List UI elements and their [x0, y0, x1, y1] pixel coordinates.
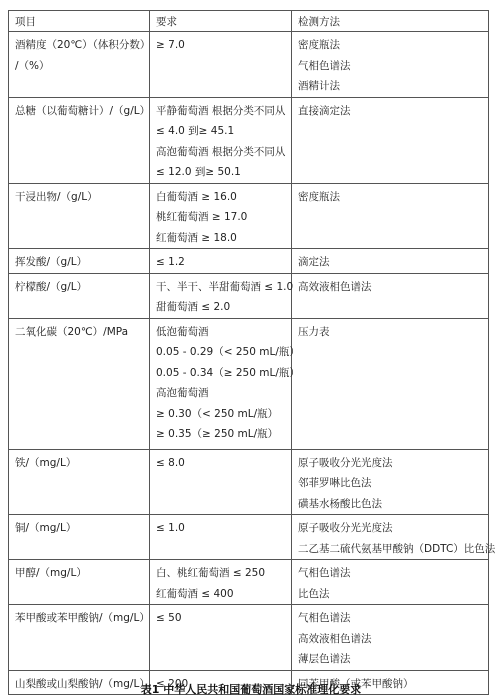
cell-requirement-line: 红葡萄酒 ≤ 400: [156, 584, 285, 605]
cell-requirement-line: 白、桃红葡萄酒 ≤ 250: [156, 563, 285, 584]
header-method: 检测方法: [292, 11, 489, 32]
cell-requirement-line: ≥ 0.30（< 250 mL/瓶）: [156, 404, 285, 425]
cell-method: 滴定法: [292, 249, 489, 274]
cell-requirement-line: ≥ 7.0: [156, 35, 285, 56]
cell-method-line: 原子吸收分光光度法: [298, 453, 482, 474]
table-row: 挥发酸/（g/L）≤ 1.2滴定法: [9, 249, 489, 274]
cell-item: 二氧化碳（20℃）/MPa: [9, 318, 150, 449]
table-row: 干浸出物/（g/L）白葡萄酒 ≥ 16.0桃红葡萄酒 ≥ 17.0红葡萄酒 ≥ …: [9, 183, 489, 249]
cell-method: 气相色谱法高效液相色谱法薄层色谱法: [292, 605, 489, 671]
cell-item-line: 铜/（mg/L）: [15, 518, 143, 539]
cell-requirement-line: ≥ 0.35（≥ 250 mL/瓶）: [156, 424, 285, 445]
cell-item: 酒精度（20℃）（体积分数）/（%）: [9, 32, 150, 98]
cell-item: 柠檬酸/（g/L）: [9, 273, 150, 318]
cell-item: 铁/（mg/L）: [9, 449, 150, 515]
table-row: 总糖（以葡萄糖计）/（g/L）平静葡萄酒 根据分类不同从≤ 4.0 到≥ 45.…: [9, 97, 489, 183]
cell-item-line: 总糖（以葡萄糖计）/（g/L）: [15, 101, 143, 122]
cell-method: 原子吸收分光光度法二乙基二硫代氨基甲酸钠（DDTC）比色法: [292, 515, 489, 560]
cell-requirement-line: ≤ 1.0: [156, 518, 285, 539]
cell-requirement: 白、桃红葡萄酒 ≤ 250红葡萄酒 ≤ 400: [150, 560, 292, 605]
cell-method: 密度瓶法: [292, 183, 489, 249]
cell-requirement-line: 0.05 - 0.34（≥ 250 mL/瓶）: [156, 363, 285, 384]
cell-item: 铜/（mg/L）: [9, 515, 150, 560]
cell-requirement: 干、半干、半甜葡萄酒 ≤ 1.0甜葡萄酒 ≤ 2.0: [150, 273, 292, 318]
cell-method-line: 高效液相色谱法: [298, 277, 482, 298]
cell-method-line: 原子吸收分光光度法: [298, 518, 482, 539]
cell-requirement-line: ≤ 8.0: [156, 453, 285, 474]
cell-method-line: 酒精计法: [298, 76, 482, 97]
table-row: 铁/（mg/L）≤ 8.0原子吸收分光光度法邻菲罗啉比色法磺基水杨酸比色法: [9, 449, 489, 515]
cell-item-line: 甲醇/（mg/L）: [15, 563, 143, 584]
cell-item: 干浸出物/（g/L）: [9, 183, 150, 249]
cell-item-line: 柠檬酸/（g/L）: [15, 277, 143, 298]
cell-method-line: 压力表: [298, 322, 482, 343]
cell-requirement-line: ≤ 1.2: [156, 252, 285, 273]
cell-item: 挥发酸/（g/L）: [9, 249, 150, 274]
cell-requirement-line: ≤ 12.0 到≥ 50.1: [156, 162, 285, 183]
cell-method-line: 高效液相色谱法: [298, 629, 482, 650]
cell-requirement: ≤ 8.0: [150, 449, 292, 515]
table-header-row: 项目 要求 检测方法: [9, 11, 489, 32]
cell-item: 甲醇/（mg/L）: [9, 560, 150, 605]
table-body: 酒精度（20℃）（体积分数）/（%）≥ 7.0密度瓶法气相色谱法酒精计法总糖（以…: [9, 32, 489, 695]
cell-method-line: 气相色谱法: [298, 56, 482, 77]
cell-method: 压力表: [292, 318, 489, 449]
table-row: 二氧化碳（20℃）/MPa低泡葡萄酒0.05 - 0.29（< 250 mL/瓶…: [9, 318, 489, 449]
cell-requirement-line: 红葡萄酒 ≥ 18.0: [156, 228, 285, 249]
cell-method: 直接滴定法: [292, 97, 489, 183]
cell-method-line: 气相色谱法: [298, 563, 482, 584]
cell-item-line: /（%）: [15, 56, 143, 77]
cell-requirement-line: 平静葡萄酒 根据分类不同从: [156, 101, 285, 122]
cell-method-line: 密度瓶法: [298, 187, 482, 208]
cell-requirement-line: 0.05 - 0.29（< 250 mL/瓶）: [156, 342, 285, 363]
table-caption: 表1 中华人民共和国葡萄酒国家标准理化要求: [0, 681, 502, 697]
cell-requirement-line: 高泡葡萄酒: [156, 383, 285, 404]
cell-requirement-line: ≤ 4.0 到≥ 45.1: [156, 121, 285, 142]
cell-requirement-line: ≤ 50: [156, 608, 285, 629]
header-requirement: 要求: [150, 11, 292, 32]
cell-item-line: 酒精度（20℃）（体积分数）: [15, 35, 143, 56]
cell-requirement-line: 干、半干、半甜葡萄酒 ≤ 1.0: [156, 277, 285, 298]
cell-method-line: 密度瓶法: [298, 35, 482, 56]
cell-method-line: 气相色谱法: [298, 608, 482, 629]
cell-requirement-line: 桃红葡萄酒 ≥ 17.0: [156, 207, 285, 228]
cell-method-line: 比色法: [298, 584, 482, 605]
cell-requirement-line: 高泡葡萄酒 根据分类不同从: [156, 142, 285, 163]
cell-method-line: 直接滴定法: [298, 101, 482, 122]
cell-method: 密度瓶法气相色谱法酒精计法: [292, 32, 489, 98]
cell-method: 高效液相色谱法: [292, 273, 489, 318]
table-row: 酒精度（20℃）（体积分数）/（%）≥ 7.0密度瓶法气相色谱法酒精计法: [9, 32, 489, 98]
cell-requirement: ≤ 50: [150, 605, 292, 671]
cell-item-line: 干浸出物/（g/L）: [15, 187, 143, 208]
table-row: 铜/（mg/L）≤ 1.0原子吸收分光光度法二乙基二硫代氨基甲酸钠（DDTC）比…: [9, 515, 489, 560]
cell-method-line: 滴定法: [298, 252, 482, 273]
cell-item-line: 铁/（mg/L）: [15, 453, 143, 474]
cell-requirement: ≥ 7.0: [150, 32, 292, 98]
cell-item: 苯甲酸或苯甲酸钠/（mg/L）: [9, 605, 150, 671]
cell-requirement-line: 白葡萄酒 ≥ 16.0: [156, 187, 285, 208]
cell-item-line: 挥发酸/（g/L）: [15, 252, 143, 273]
cell-requirement: 平静葡萄酒 根据分类不同从≤ 4.0 到≥ 45.1高泡葡萄酒 根据分类不同从≤…: [150, 97, 292, 183]
cell-item-line: 苯甲酸或苯甲酸钠/（mg/L）: [15, 608, 143, 629]
cell-method: 气相色谱法比色法: [292, 560, 489, 605]
cell-item-line: 二氧化碳（20℃）/MPa: [15, 322, 143, 343]
cell-requirement-line: 低泡葡萄酒: [156, 322, 285, 343]
cell-method-line: 薄层色谱法: [298, 649, 482, 670]
cell-method: 原子吸收分光光度法邻菲罗啉比色法磺基水杨酸比色法: [292, 449, 489, 515]
table-row: 柠檬酸/（g/L）干、半干、半甜葡萄酒 ≤ 1.0甜葡萄酒 ≤ 2.0高效液相色…: [9, 273, 489, 318]
table-row: 苯甲酸或苯甲酸钠/（mg/L）≤ 50气相色谱法高效液相色谱法薄层色谱法: [9, 605, 489, 671]
cell-item: 总糖（以葡萄糖计）/（g/L）: [9, 97, 150, 183]
cell-requirement: 低泡葡萄酒0.05 - 0.29（< 250 mL/瓶）0.05 - 0.34（…: [150, 318, 292, 449]
cell-method-line: 二乙基二硫代氨基甲酸钠（DDTC）比色法: [298, 539, 482, 560]
cell-requirement: ≤ 1.2: [150, 249, 292, 274]
cell-method-line: 磺基水杨酸比色法: [298, 494, 482, 515]
wine-standard-table: 项目 要求 检测方法 酒精度（20℃）（体积分数）/（%）≥ 7.0密度瓶法气相…: [8, 10, 489, 695]
cell-requirement: 白葡萄酒 ≥ 16.0桃红葡萄酒 ≥ 17.0红葡萄酒 ≥ 18.0: [150, 183, 292, 249]
cell-method-line: 邻菲罗啉比色法: [298, 473, 482, 494]
cell-requirement-line: 甜葡萄酒 ≤ 2.0: [156, 297, 285, 318]
cell-requirement: ≤ 1.0: [150, 515, 292, 560]
header-item: 项目: [9, 11, 150, 32]
table-row: 甲醇/（mg/L）白、桃红葡萄酒 ≤ 250红葡萄酒 ≤ 400气相色谱法比色法: [9, 560, 489, 605]
